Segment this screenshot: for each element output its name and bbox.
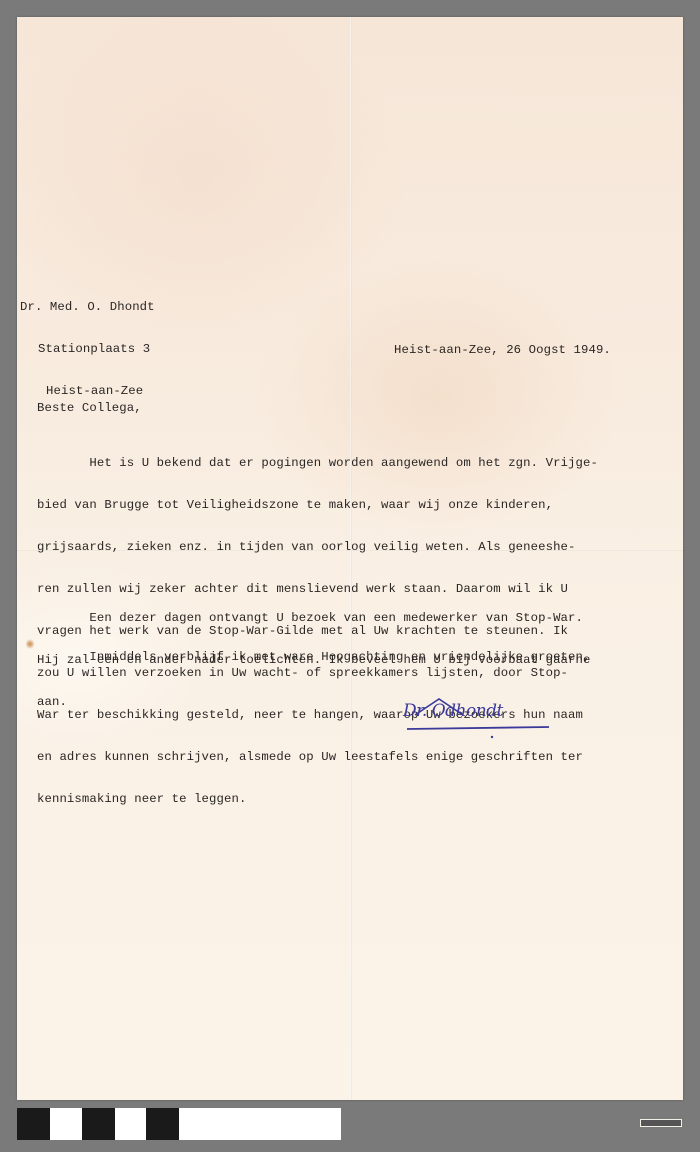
- sender-street: Stationplaats 3: [20, 342, 155, 356]
- text-line: bied van Brugge tot Veiligheidszone te m…: [37, 498, 598, 512]
- scale-segment: [115, 1108, 146, 1140]
- sender-name: Dr. Med. O. Dhondt: [20, 300, 155, 314]
- date-line: Heist-aan-Zee, 26 Oogst 1949.: [394, 343, 611, 357]
- scale-segment: [146, 1108, 179, 1140]
- text-line: Inmiddels verblijf ik met ware Hoogachti…: [37, 650, 590, 664]
- text-line: kennismaking neer te leggen.: [37, 792, 598, 806]
- text-line: grijsaards, zieken enz. in tijden van oo…: [37, 540, 598, 554]
- text-line: en adres kunnen schrijven, alsmede op Uw…: [37, 750, 598, 764]
- scale-marker-icon: [640, 1119, 682, 1127]
- handwritten-signature: Dr. Odhondt: [387, 681, 587, 741]
- text-line: Het is U bekend dat er pogingen worden a…: [37, 456, 598, 470]
- salutation: Beste Collega,: [37, 401, 142, 415]
- color-scale-bar: [17, 1108, 341, 1140]
- scale-segment: [179, 1108, 341, 1140]
- scale-segment: [17, 1108, 50, 1140]
- sender-city: Heist-aan-Zee: [20, 384, 155, 398]
- scale-segment: [82, 1108, 115, 1140]
- rust-stain: [26, 639, 34, 649]
- scale-segment: [50, 1108, 82, 1140]
- letter-paper: Dr. Med. O. Dhondt Stationplaats 3 Heist…: [17, 17, 683, 1100]
- signature-text: Dr. Odhondt: [403, 701, 503, 721]
